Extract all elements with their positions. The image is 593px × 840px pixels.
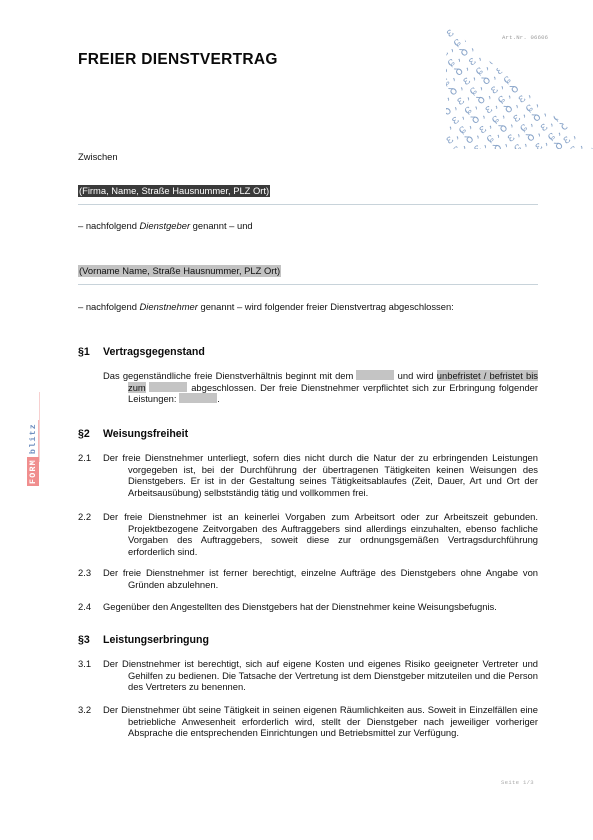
contractor-note-suffix: genannt – wird folgender freier Dienstve… [198, 301, 454, 312]
clause-text: Der freie Dienstnehmer unterliegt, sofer… [103, 452, 538, 498]
section-1-title: Vertragsgegenstand [103, 346, 205, 358]
s1-text-a: Das gegenständliche freie Dienstverhältn… [103, 370, 356, 381]
clause-text: Der freie Dienstnehmer ist ferner berech… [103, 567, 538, 590]
services-field[interactable] [179, 393, 217, 403]
section-2-number: §2 [78, 429, 103, 441]
article-number: Art.Nr. 06606 [502, 32, 548, 44]
clause-number: 2.1 [78, 452, 91, 464]
clause-text: Gegenüber den Angestellten des Dienstgeb… [103, 601, 538, 613]
clause-number: 3.1 [78, 658, 91, 670]
employer-note: – nachfolgend Dienstgeber genannt – und [78, 220, 253, 232]
employer-role: Dienstgeber [140, 220, 191, 231]
document-title: FREIER DIENSTVERTRAG [78, 54, 278, 66]
contractor-note: – nachfolgend Dienstnehmer genannt – wir… [78, 301, 454, 313]
contractor-role: Dienstnehmer [140, 301, 198, 312]
contractor-field[interactable]: (Vorname Name, Straße Hausnummer, PLZ Or… [78, 265, 281, 277]
section-3-heading: §3Leistungserbringung [78, 635, 209, 647]
s1-text-b: und wird [394, 370, 436, 381]
employer-note-prefix: – nachfolgend [78, 220, 140, 231]
formblitz-logo: FORMblitz [27, 392, 39, 486]
clause-number: 2.2 [78, 511, 91, 523]
employer-note-suffix: genannt – und [190, 220, 253, 231]
logo-border [39, 392, 40, 462]
contractor-underline [78, 284, 538, 285]
logo-blitz: blitz [27, 420, 39, 457]
end-date-field[interactable] [149, 382, 187, 392]
clause-text: Der Dienstnehmer übt seine Tätigkeit in … [103, 704, 538, 739]
employer-field[interactable]: (Firma, Name, Straße Hausnummer, PLZ Ort… [78, 185, 270, 197]
clause-text: Der freie Dienstnehmer ist an keinerlei … [103, 511, 538, 557]
section-2-title: Weisungsfreiheit [103, 428, 188, 440]
page-indicator: Seite 1/3 [501, 777, 534, 789]
contractor-note-prefix: – nachfolgend [78, 301, 140, 312]
clause-number: 2.3 [78, 567, 91, 579]
between-label: Zwischen [78, 151, 118, 163]
clause-number: 2.4 [78, 601, 91, 613]
start-date-field[interactable] [356, 370, 394, 380]
section-3-title: Leistungserbringung [103, 634, 209, 646]
section-1-paragraph: Das gegenständliche freie Dienstverhältn… [103, 370, 538, 405]
section-3-number: §3 [78, 635, 103, 647]
section-2-heading: §2Weisungsfreiheit [78, 429, 188, 441]
clause-text: Der Dienstnehmer ist berechtigt, sich au… [103, 658, 538, 693]
section-1-heading: §1Vertragsgegenstand [78, 347, 205, 359]
section-1-number: §1 [78, 347, 103, 359]
logo-form: FORM [27, 457, 39, 486]
employer-underline [78, 204, 538, 205]
clause-number: 3.2 [78, 704, 91, 716]
s1-text-d: . [217, 393, 220, 404]
